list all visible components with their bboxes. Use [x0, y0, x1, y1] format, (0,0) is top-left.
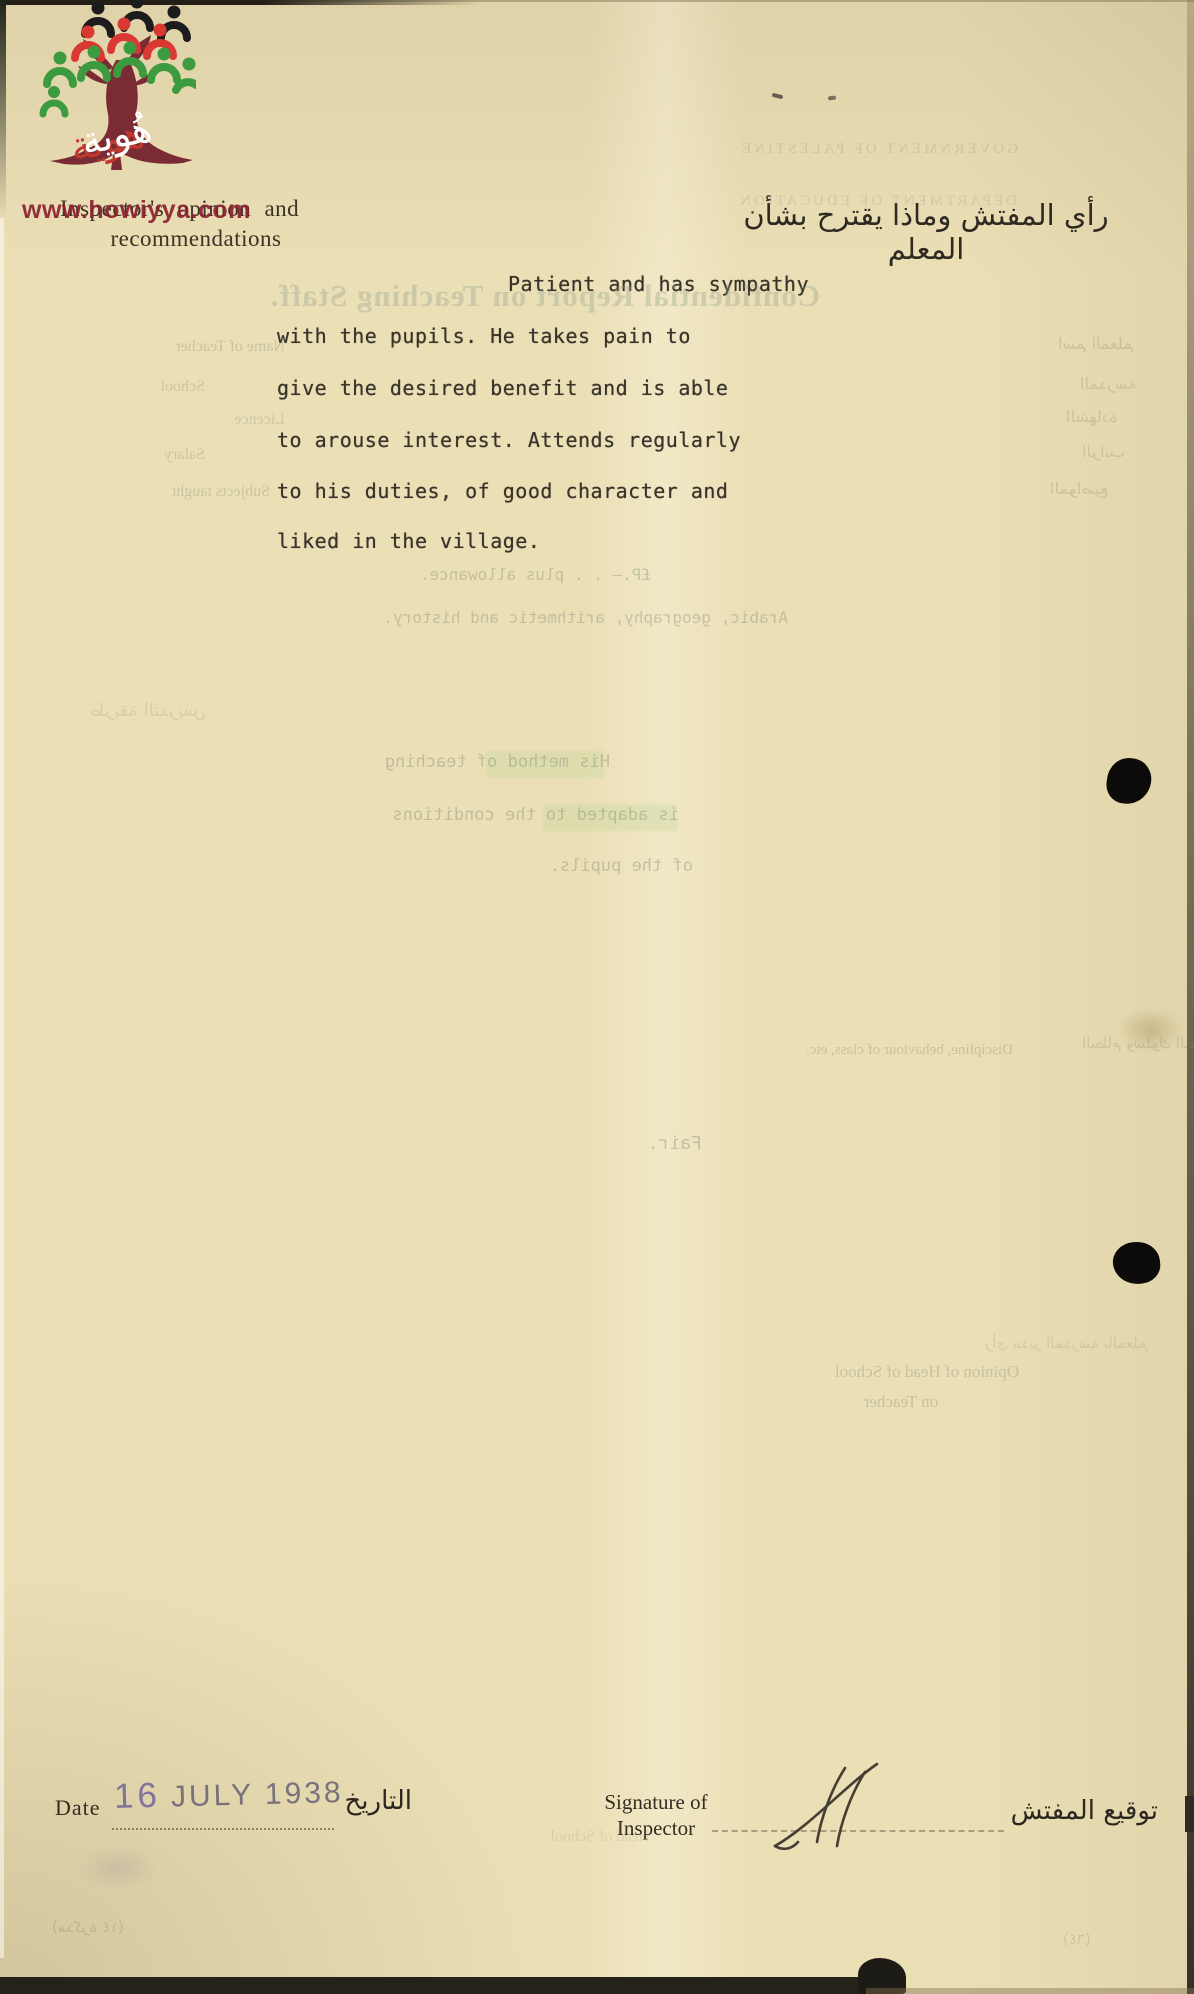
date-stamp-day: 16: [114, 1776, 162, 1816]
date-stamp-month-year: JULY 1938: [171, 1776, 344, 1814]
inspector-signature-mark: [765, 1756, 893, 1858]
bleed-field-licence: Licence: [95, 411, 285, 429]
bleed-field-name: Name of Teacher: [95, 338, 285, 356]
page-bottom-edge-shadow: [0, 1977, 866, 1994]
bleed-government-line: GOVERNMENT OF PALESTINE: [770, 141, 1018, 158]
watermark-site-url: www.howiyya.com: [22, 196, 251, 225]
bleed-discipline-label: Discipline, behaviour of class, etc.: [775, 1042, 1013, 1059]
bleed-field-licence-arabic: الشهادة: [1066, 407, 1178, 426]
bleed-opinion-line2: on Teacher: [815, 1392, 987, 1412]
bleed-salary-value: £P.— . . plus allowance.: [373, 565, 651, 584]
bleed-field-name-arabic: اسم المعلم: [1058, 334, 1180, 353]
signature-label-arabic: توقيع المفتش: [1000, 1796, 1158, 1826]
typed-remark-line: with the pupils. He takes pain to: [277, 324, 691, 348]
logo-calligraphy: هوية هُوية: [65, 106, 156, 171]
bleed-subjects-value: Arabic, geography, arithmetic and histor…: [310, 608, 788, 627]
page-left-edge-shadow: [0, 0, 6, 218]
typed-remark-line: liked in the village.: [277, 529, 540, 553]
bleed-field-school-arabic: المدرسة: [1080, 374, 1178, 393]
bleed-method-line2: is adapted to the conditions: [377, 805, 679, 825]
date-stamp: 16JULY 1938: [114, 1771, 345, 1817]
page-left-edge: [0, 218, 4, 1958]
people-arc-black: [85, 0, 187, 38]
page-right-edge-mark: [1185, 1796, 1194, 1832]
scanned-document-page: هوية هُوية www.howiyya.com Inspector's o…: [0, 0, 1194, 1994]
paper-shading-right: [960, 0, 1194, 1994]
bleed-report-title: Confidential Report on Teaching Staff.: [175, 278, 915, 314]
bleed-discipline-label-arabic: النظام وسلوك الصف: [1082, 1034, 1188, 1052]
bleed-opinion-line1: Opinion of Head of School: [788, 1362, 1066, 1382]
bleed-bottom-right-mark: (٦٤): [1063, 1930, 1145, 1948]
bleed-field-salary-arabic: الراتب: [1082, 442, 1180, 461]
page-bottom-edge: [866, 1988, 1194, 1994]
bleed-field-salary: Salary: [95, 446, 205, 464]
bleed-method-line1: His method of teaching: [372, 752, 610, 772]
typed-remark-line: to his duties, of good character and: [277, 479, 728, 503]
typed-remark-line: to arouse interest. Attends regularly: [277, 428, 741, 452]
bleed-field-school: School: [95, 378, 205, 396]
bleed-field-subjects-arabic: المواضيع: [1050, 479, 1182, 498]
typed-remark-line: give the desired benefit and is able: [277, 376, 728, 400]
bleed-department-line: DEPARTMENT OF EDUCATION: [765, 193, 1017, 210]
stamp-ink-smudge: [78, 1846, 158, 1890]
bleed-field-subjects: Subjects taught: [95, 483, 270, 501]
howiyya-tree-logo: هوية هُوية: [36, 0, 196, 178]
bleed-fair-value: Fair.: [620, 1133, 702, 1154]
bleed-opinion-arabic: رأي مدير المدرسة بالمعلم: [985, 1334, 1177, 1352]
bleed-method-line3: of the pupils.: [545, 856, 693, 876]
date-label: Date: [55, 1795, 101, 1821]
date-label-arabic: التاريخ: [322, 1786, 412, 1816]
section-heading-line2: recommendations: [60, 226, 332, 252]
page-right-edge-shadow: [1187, 0, 1194, 1994]
bleed-method-label-arabic: طريقة التدريس: [90, 700, 295, 721]
bleed-bottom-left-mark: (مذكرة ١٤): [52, 1918, 164, 1936]
